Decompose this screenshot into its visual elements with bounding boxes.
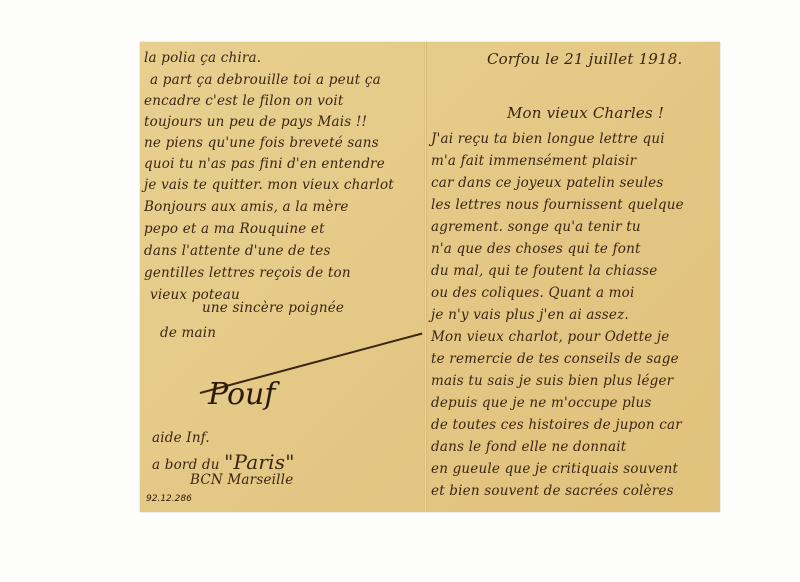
text-line: encadre c'est le filon on voit [144,93,344,109]
greeting: Mon vieux Charles ! [507,104,664,122]
text-line: je vais te quitter. mon vieux charlot [144,177,394,193]
text-line: dans le fond elle ne donnait [431,439,626,455]
text-line: la polia ça chira. [144,50,261,66]
text-line: dans l'attente d'une de tes [144,243,331,259]
text-line: mais tu sais je suis bien plus léger [431,373,673,389]
text-line: et bien souvent de sacrées colères [431,483,674,499]
text-line: car dans ce joyeux patelin seules [431,175,664,191]
archive-number: 92.12.286 [146,494,192,504]
text-line: Mon vieux charlot, pour Odette je [431,329,670,345]
text-line: m'a fait immensément plaisir [431,153,636,169]
text-line: du mal, qui te foutent la chiasse [431,263,657,279]
text-line: J'ai reçu ta bien longue lettre qui [431,131,665,147]
signature: Pouf [208,377,275,412]
text-line: toujours un peu de pays Mais !! [144,114,367,130]
text-line: de toutes ces histoires de jupon car [431,417,682,433]
text-line: n'a que des choses qui te font [431,241,641,257]
closing-line: une sincère poignée [202,300,344,316]
text-line: ne piens qu'une fois breveté sans [144,135,379,151]
text-line: pepo et a ma Rouquine et [144,221,325,237]
text-line: les lettres nous fournissent quelque [431,197,684,213]
closing-line: de main [160,325,216,341]
letter-date: Corfou le 21 juillet 1918. [487,50,683,68]
letter-sheet: la polia ça chira. a part ça debrouille … [140,42,720,512]
text-line: en gueule que je critiquais souvent [431,461,678,477]
address-line: aide Inf. [152,430,210,446]
text-line: Bonjours aux amis, a la mère [144,199,349,215]
text-line: agrement. songe qu'a tenir tu [431,219,641,235]
address-line: a bord du "Paris" [152,450,295,474]
right-page: Corfou le 21 juillet 1918. Mon vieux Cha… [427,42,720,512]
text-line: depuis que je ne m'occupe plus [431,395,652,411]
ship-name: "Paris" [224,450,295,474]
text-line: a part ça debrouille toi a peut ça [150,72,381,88]
text-line: ou des coliques. Quant a moi [431,285,635,301]
left-page: la polia ça chira. a part ça debrouille … [140,42,424,512]
address-prefix: a bord du [152,457,220,473]
text-line: quoi tu n'as pas fini d'en entendre [144,156,385,172]
text-line: gentilles lettres reçois de ton [144,265,351,281]
text-line: je n'y vais plus j'en ai assez. [431,307,629,323]
address-line: BCN Marseille [190,472,293,488]
text-line: te remercie de tes conseils de sage [431,351,679,367]
